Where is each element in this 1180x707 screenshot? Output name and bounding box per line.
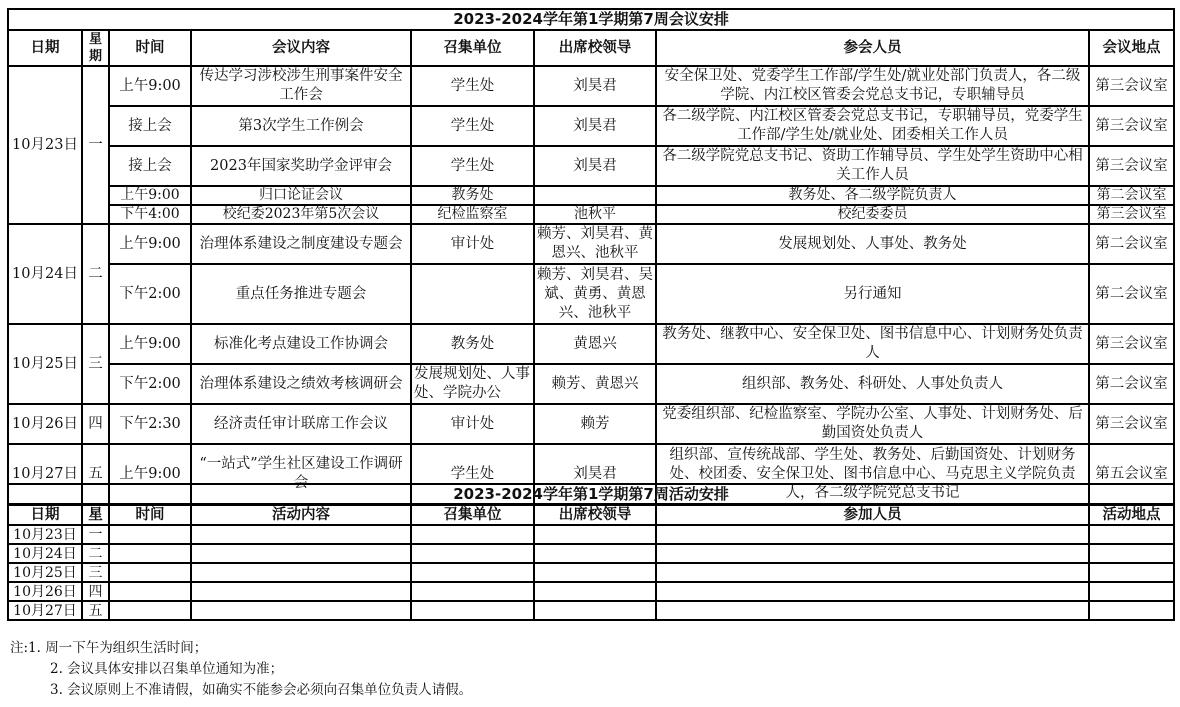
location-cell: 第二会议室	[1089, 264, 1174, 324]
location-cell	[1089, 525, 1174, 544]
organizer-cell: 发展规划处、人事处、学院办公	[411, 364, 534, 404]
time-cell: 上午9:00	[109, 324, 191, 364]
activity-row: 10月25日 三	[8, 563, 1174, 582]
time-cell: 上午9:00	[109, 66, 191, 106]
attendees-cell: 组织部、教务处、科研处、人事处负责人	[656, 364, 1089, 404]
date-cell: 10月23日	[8, 66, 82, 224]
attendees-cell: 发展规划处、人事处、教务处	[656, 224, 1089, 264]
organizer-cell	[411, 264, 534, 324]
content-cell	[191, 563, 411, 582]
organizer-cell: 审计处	[411, 224, 534, 264]
leader-cell: 池秋平	[534, 205, 656, 224]
attendees-cell: 教务处、继教中心、安全保卫处、图书信息中心、计划财务处负责人	[656, 324, 1089, 364]
location-cell	[1089, 601, 1174, 620]
weekday-cell: 一	[82, 525, 109, 544]
header-content: 会议内容	[191, 30, 411, 66]
time-cell	[109, 582, 191, 601]
notes-section: 注:1. 周一下午为组织生活时间； 2. 会议具体安排以召集单位通知为准； 3.…	[10, 638, 472, 701]
attendees-cell	[656, 563, 1089, 582]
attendees-cell: 教务处、各二级学院负责人	[656, 186, 1089, 205]
date-cell: 10月24日	[8, 544, 82, 563]
leader-cell	[534, 582, 656, 601]
organizer-cell	[411, 601, 534, 620]
time-cell: 下午2:30	[109, 404, 191, 444]
organizer-cell	[411, 544, 534, 563]
header-location: 会议地点	[1089, 30, 1174, 66]
activity-row: 10月23日 一	[8, 525, 1174, 544]
header-date: 日期	[8, 30, 82, 66]
weekday-cell: 三	[82, 563, 109, 582]
content-cell: 归口论证会议	[191, 186, 411, 205]
weekday-cell: 二	[82, 544, 109, 563]
header-time: 时间	[109, 505, 191, 525]
time-cell: 下午2:00	[109, 264, 191, 324]
header-organizer: 召集单位	[411, 30, 534, 66]
leader-cell	[534, 563, 656, 582]
weekday-cell: 一	[82, 66, 109, 224]
date-cell: 10月26日	[8, 404, 82, 444]
attendees-cell: 各二级学院、内江校区管委会党总支书记，专职辅导员，党委学生工作部/学生处/就业处…	[656, 106, 1089, 146]
time-cell	[109, 525, 191, 544]
activity-row: 10月26日 四	[8, 582, 1174, 601]
content-cell: 经济责任审计联席工作会议	[191, 404, 411, 444]
header-content: 活动内容	[191, 505, 411, 525]
weekday-cell: 三	[82, 324, 109, 404]
header-organizer: 召集单位	[411, 505, 534, 525]
content-cell	[191, 544, 411, 563]
header-leader: 出席校领导	[534, 30, 656, 66]
meeting-table-title: 2023-2024学年第1学期第7周会议安排	[8, 9, 1174, 30]
weekday-cell: 四	[82, 404, 109, 444]
organizer-cell: 教务处	[411, 186, 534, 205]
date-cell: 10月23日	[8, 525, 82, 544]
leader-cell: 赖芳、刘昊君、吴斌、黄勇、黄恩兴、池秋平	[534, 264, 656, 324]
header-location: 活动地点	[1089, 505, 1174, 525]
leader-cell	[534, 601, 656, 620]
leader-cell: 刘昊君	[534, 106, 656, 146]
leader-cell: 赖芳、黄恩兴	[534, 364, 656, 404]
content-cell: 治理体系建设之制度建设专题会	[191, 224, 411, 264]
organizer-cell: 审计处	[411, 404, 534, 444]
meeting-row: 接上会 2023年国家奖助学金评审会 学生处 刘昊君 各二级学院党总支书记、资助…	[8, 146, 1174, 186]
attendees-cell: 党委组织部、纪检监察室、学院办公室、人事处、计划财务处、后勤国资处负责人	[656, 404, 1089, 444]
leader-cell: 刘昊君	[534, 66, 656, 106]
meeting-row: 10月23日 一 上午9:00 传达学习涉校涉生刑事案件安全工作会 学生处 刘昊…	[8, 66, 1174, 106]
activity-schedule-table: 2023-2024学年第1学期第7周活动安排 日期 星 时间 活动内容 召集单位…	[7, 483, 1175, 621]
meeting-header-row: 日期 星期 时间 会议内容 召集单位 出席校领导 参会人员 会议地点	[8, 30, 1174, 66]
weekday-cell: 二	[82, 224, 109, 324]
weekday-cell: 五	[82, 601, 109, 620]
date-cell: 10月25日	[8, 563, 82, 582]
date-cell: 10月24日	[8, 224, 82, 324]
content-cell: 传达学习涉校涉生刑事案件安全工作会	[191, 66, 411, 106]
time-cell: 上午9:00	[109, 224, 191, 264]
weekday-cell: 四	[82, 582, 109, 601]
meeting-row: 接上会 第3次学生工作例会 学生处 刘昊君 各二级学院、内江校区管委会党总支书记…	[8, 106, 1174, 146]
note-1: 注:1. 周一下午为组织生活时间；	[10, 638, 472, 659]
note-2: 2. 会议具体安排以召集单位通知为准；	[10, 659, 472, 680]
note-3: 3. 会议原则上不准请假，如确实不能参会必须向召集单位负责人请假。	[10, 680, 472, 701]
meeting-row: 下午2:00 治理体系建设之绩效考核调研会 发展规划处、人事处、学院办公 赖芳、…	[8, 364, 1174, 404]
time-cell	[109, 563, 191, 582]
meeting-row: 下午2:00 重点任务推进专题会 赖芳、刘昊君、吴斌、黄勇、黄恩兴、池秋平 另行…	[8, 264, 1174, 324]
leader-cell: 黄恩兴	[534, 324, 656, 364]
location-cell: 第三会议室	[1089, 205, 1174, 224]
date-cell: 10月27日	[8, 601, 82, 620]
location-cell	[1089, 544, 1174, 563]
meeting-schedule-table: 2023-2024学年第1学期第7周会议安排 日期 星期 时间 会议内容 召集单…	[7, 8, 1175, 505]
meeting-row: 10月26日 四 下午2:30 经济责任审计联席工作会议 审计处 赖芳 党委组织…	[8, 404, 1174, 444]
content-cell: 重点任务推进专题会	[191, 264, 411, 324]
content-cell: 校纪委2023年第5次会议	[191, 205, 411, 224]
header-leader: 出席校领导	[534, 505, 656, 525]
organizer-cell: 学生处	[411, 146, 534, 186]
content-cell	[191, 525, 411, 544]
leader-cell: 赖芳	[534, 404, 656, 444]
content-cell	[191, 582, 411, 601]
location-cell: 第二会议室	[1089, 186, 1174, 205]
header-attendees: 参加人员	[656, 505, 1089, 525]
leader-cell: 刘昊君	[534, 146, 656, 186]
content-cell: 治理体系建设之绩效考核调研会	[191, 364, 411, 404]
location-cell	[1089, 582, 1174, 601]
header-attendees: 参会人员	[656, 30, 1089, 66]
header-weekday: 星期	[82, 30, 109, 66]
time-cell	[109, 544, 191, 563]
meeting-row: 上午9:00 归口论证会议 教务处 教务处、各二级学院负责人 第二会议室	[8, 186, 1174, 205]
content-cell: 第3次学生工作例会	[191, 106, 411, 146]
attendees-cell	[656, 601, 1089, 620]
location-cell: 第三会议室	[1089, 404, 1174, 444]
leader-cell	[534, 186, 656, 205]
attendees-cell	[656, 582, 1089, 601]
location-cell: 第二会议室	[1089, 224, 1174, 264]
header-weekday: 星	[82, 505, 109, 525]
content-cell: 标准化考点建设工作协调会	[191, 324, 411, 364]
leader-cell	[534, 525, 656, 544]
attendees-cell: 各二级学院党总支书记、资助工作辅导员、学生处学生资助中心相关工作人员	[656, 146, 1089, 186]
attendees-cell: 安全保卫处、党委学生工作部/学生处/就业处部门负责人，各二级学院、内江校区管委会…	[656, 66, 1089, 106]
location-cell: 第三会议室	[1089, 324, 1174, 364]
attendees-cell	[656, 544, 1089, 563]
activity-row: 10月24日 二	[8, 544, 1174, 563]
location-cell	[1089, 563, 1174, 582]
content-cell: 2023年国家奖助学金评审会	[191, 146, 411, 186]
location-cell: 第二会议室	[1089, 364, 1174, 404]
meeting-row: 10月25日 三 上午9:00 标准化考点建设工作协调会 教务处 黄恩兴 教务处…	[8, 324, 1174, 364]
date-cell: 10月25日	[8, 324, 82, 404]
time-cell: 下午4:00	[109, 205, 191, 224]
time-cell: 下午2:00	[109, 364, 191, 404]
organizer-cell	[411, 525, 534, 544]
activity-header-row: 日期 星 时间 活动内容 召集单位 出席校领导 参加人员 活动地点	[8, 505, 1174, 525]
time-cell: 接上会	[109, 106, 191, 146]
attendees-cell: 另行通知	[656, 264, 1089, 324]
organizer-cell: 纪检监察室	[411, 205, 534, 224]
meeting-row: 下午4:00 校纪委2023年第5次会议 纪检监察室 池秋平 校纪委委员 第三会…	[8, 205, 1174, 224]
activity-table-title: 2023-2024学年第1学期第7周活动安排	[8, 484, 1174, 505]
time-cell: 接上会	[109, 146, 191, 186]
location-cell: 第三会议室	[1089, 146, 1174, 186]
leader-cell	[534, 544, 656, 563]
attendees-cell	[656, 525, 1089, 544]
organizer-cell	[411, 582, 534, 601]
location-cell: 第三会议室	[1089, 66, 1174, 106]
organizer-cell: 教务处	[411, 324, 534, 364]
time-cell	[109, 601, 191, 620]
organizer-cell	[411, 563, 534, 582]
attendees-cell: 校纪委委员	[656, 205, 1089, 224]
organizer-cell: 学生处	[411, 66, 534, 106]
date-cell: 10月26日	[8, 582, 82, 601]
location-cell: 第三会议室	[1089, 106, 1174, 146]
organizer-cell: 学生处	[411, 106, 534, 146]
meeting-row: 10月24日 二 上午9:00 治理体系建设之制度建设专题会 审计处 赖芳、刘昊…	[8, 224, 1174, 264]
header-time: 时间	[109, 30, 191, 66]
header-date: 日期	[8, 505, 82, 525]
content-cell	[191, 601, 411, 620]
leader-cell: 赖芳、刘昊君、黄恩兴、池秋平	[534, 224, 656, 264]
time-cell: 上午9:00	[109, 186, 191, 205]
activity-row: 10月27日 五	[8, 601, 1174, 620]
